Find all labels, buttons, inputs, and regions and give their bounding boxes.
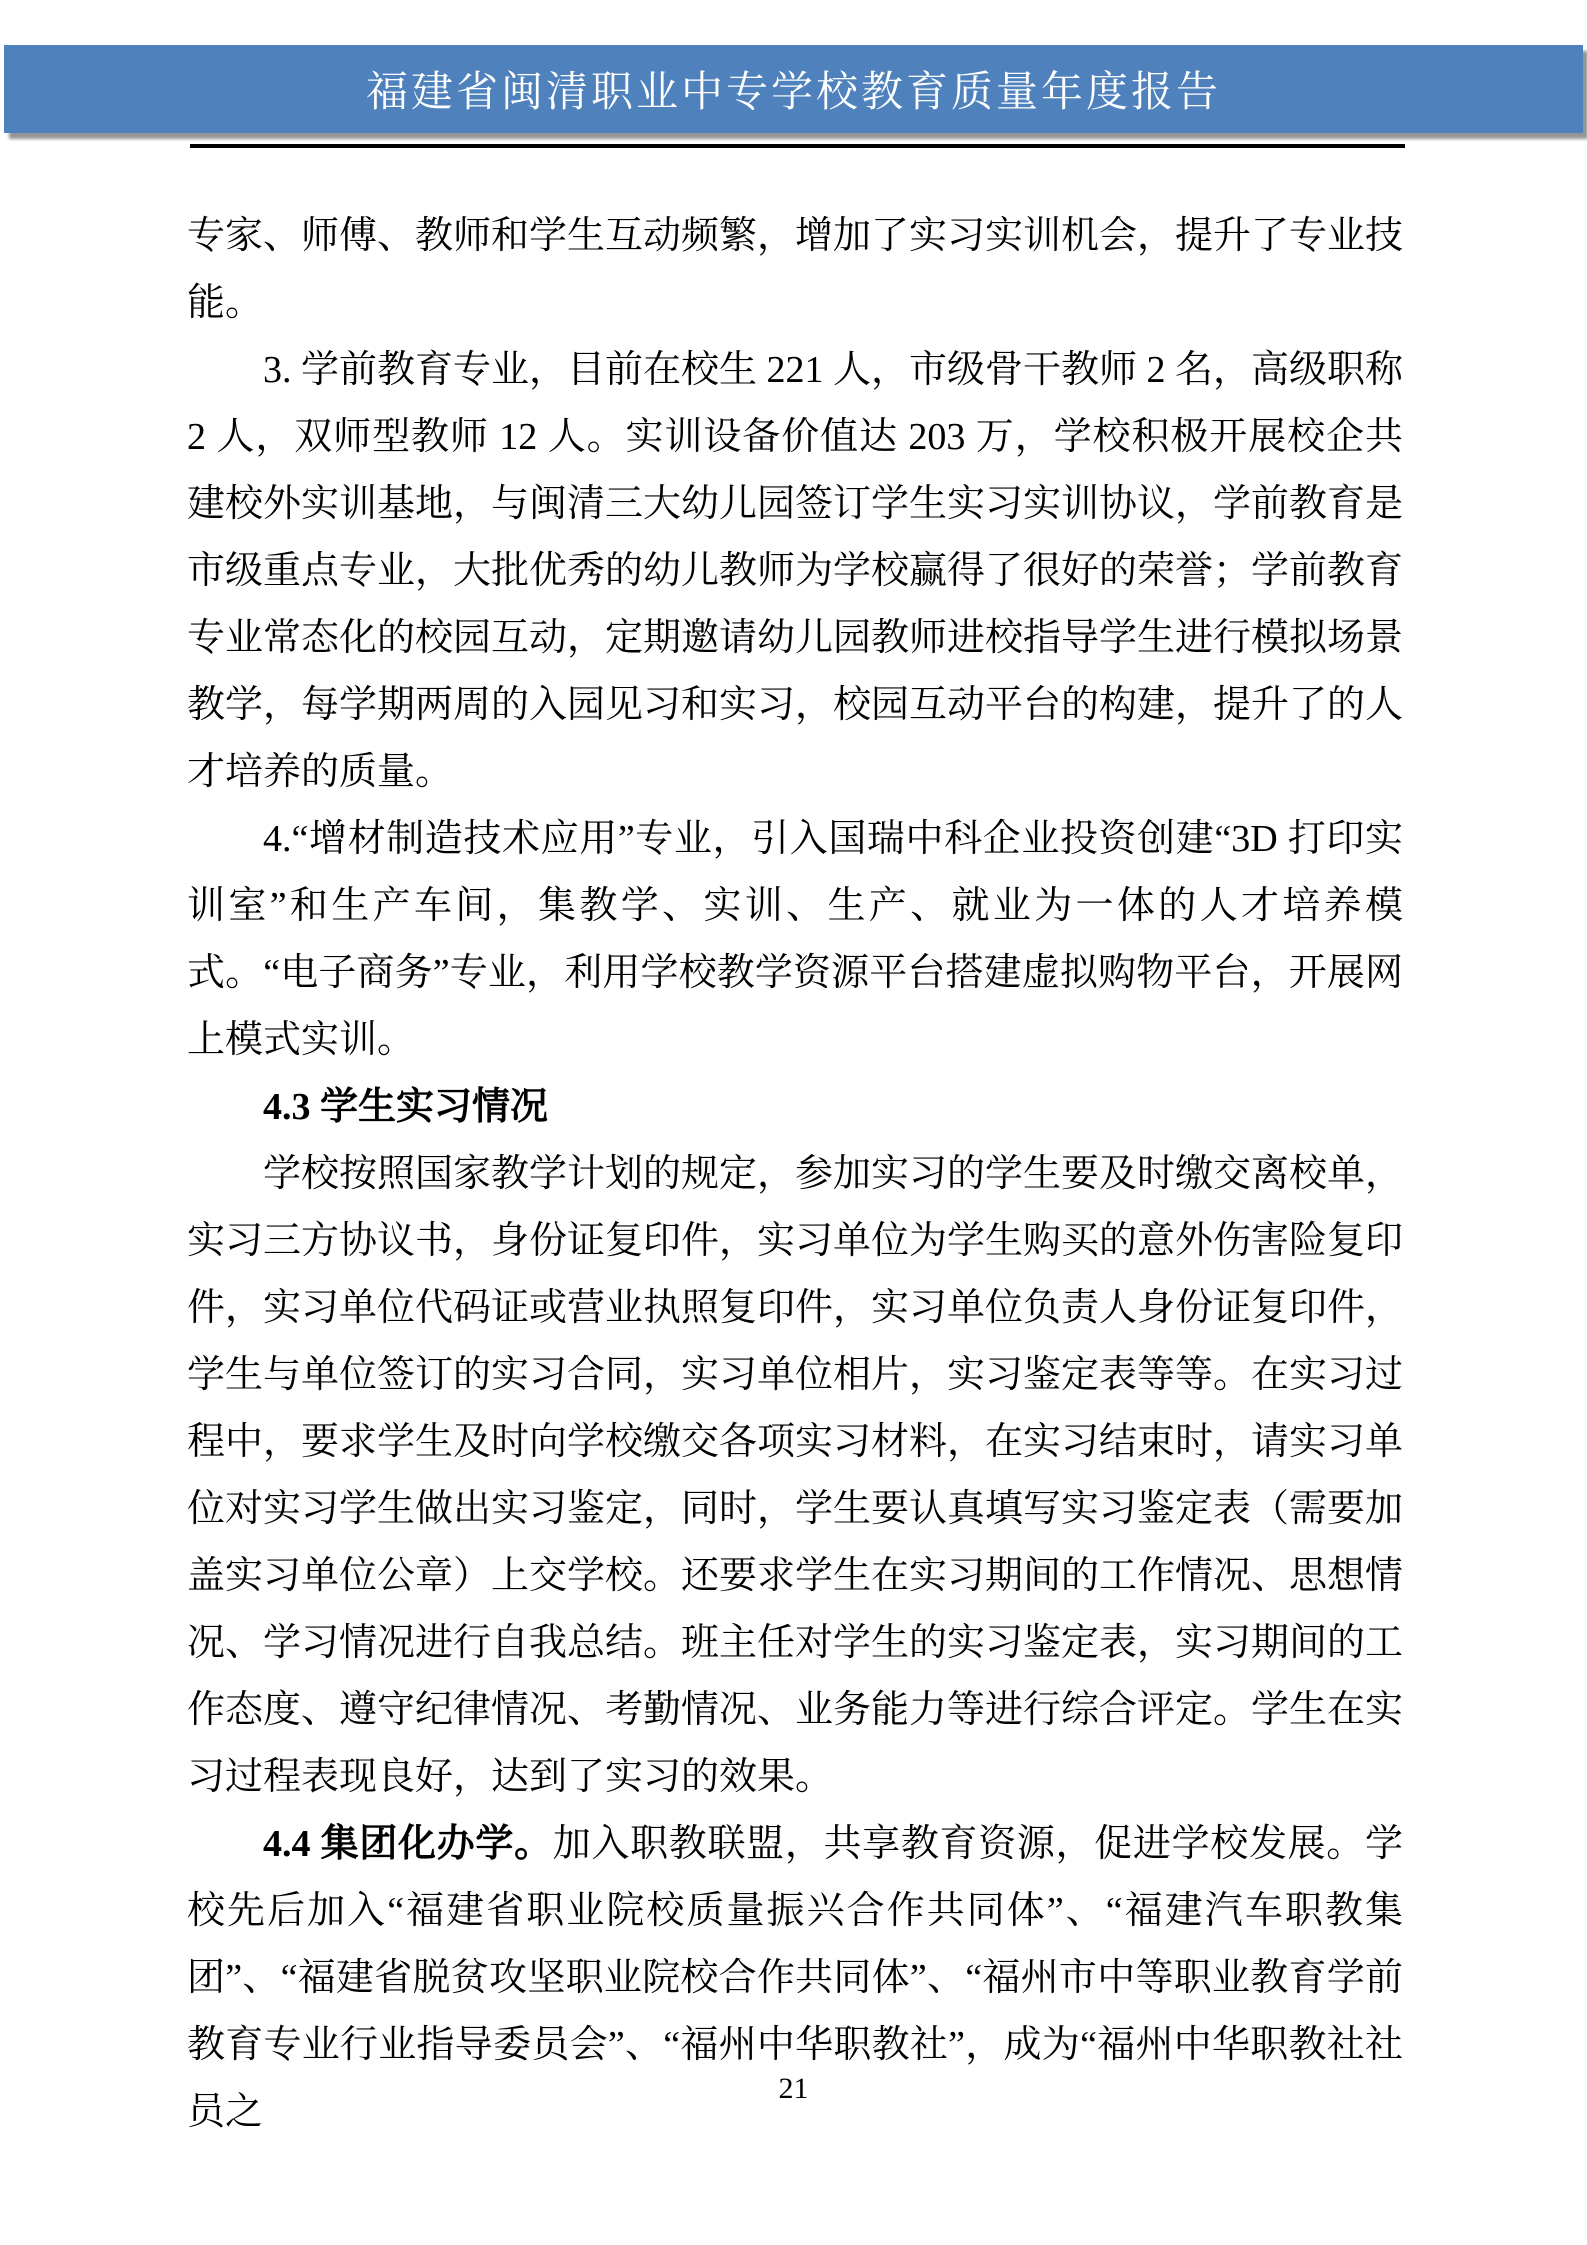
paragraph: 3. 学前教育专业，目前在校生 221 人，市级骨干教师 2 名，高级职称 2 …: [187, 337, 1403, 806]
header-divider-line: [190, 144, 1405, 148]
text-run: 4.“增材制造技术应用”专业，引入国瑞中科企业投资创建“3D 打印实训室”和生产…: [187, 818, 1403, 1061]
paragraph: 4.“增材制造技术应用”专业，引入国瑞中科企业投资创建“3D 打印实训室”和生产…: [187, 806, 1403, 1074]
text-run: 4.4 集团化办学。: [263, 1823, 553, 1865]
paragraph: 专家、师傅、教师和学生互动频繁，增加了实习实训机会，提升了专业技能。: [187, 203, 1403, 337]
paragraph: 学校按照国家教学计划的规定，参加实习的学生要及时缴交离校单，实习三方协议书，身份…: [187, 1141, 1403, 1811]
text-run: 4.3 学生实习情况: [263, 1086, 548, 1128]
page-header-banner: 福建省闽清职业中专学校教育质量年度报告: [4, 45, 1583, 133]
text-run: 3. 学前教育专业，目前在校生 221 人，市级骨干教师 2 名，高级职称 2 …: [187, 349, 1403, 793]
document-body: 专家、师傅、教师和学生互动频繁，增加了实习实训机会，提升了专业技能。3. 学前教…: [187, 203, 1403, 2146]
section-heading: 4.3 学生实习情况: [187, 1074, 1403, 1141]
report-title: 福建省闽清职业中专学校教育质量年度报告: [366, 59, 1221, 119]
text-run: 学校按照国家教学计划的规定，参加实习的学生要及时缴交离校单，实习三方协议书，身份…: [187, 1153, 1403, 1798]
page-number: 21: [0, 2072, 1587, 2106]
text-run: 专家、师傅、教师和学生互动频繁，增加了实习实训机会，提升了专业技能。: [187, 215, 1403, 324]
document-page: 福建省闽清职业中专学校教育质量年度报告 专家、师傅、教师和学生互动频繁，增加了实…: [0, 0, 1587, 2245]
